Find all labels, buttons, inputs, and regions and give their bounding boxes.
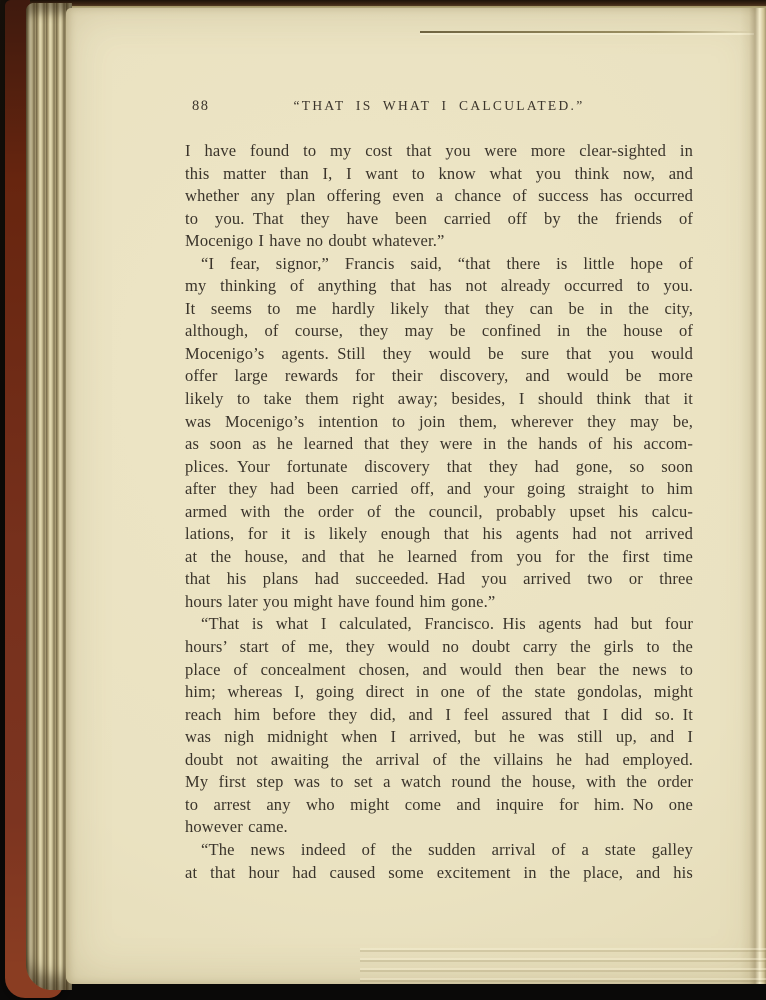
text-line: Mocenigo’s agents. Still they would be s… <box>185 343 693 366</box>
text-line: to arrest any who might come and inquire… <box>185 794 693 817</box>
text-line: whether any plan offering even a chance … <box>185 185 693 208</box>
text-line: hours later you might have found him gon… <box>185 591 693 614</box>
text-line: that his plans had succeeded. Had you ar… <box>185 568 693 591</box>
text-line: “The news indeed of the sudden arrival o… <box>185 839 693 862</box>
text-line: however came. <box>185 816 693 839</box>
text-line: place of concealment chosen, and would t… <box>185 659 693 682</box>
text-line: this matter than I, I want to know what … <box>185 163 693 186</box>
text-line: reach him before they did, and I feel as… <box>185 704 693 727</box>
text-line: My first step was to set a watch round t… <box>185 771 693 794</box>
book-page: 88 “THAT IS WHAT I CALCULATED.” I have f… <box>66 8 766 984</box>
page-right-crease <box>740 8 766 984</box>
scanned-book-photo: 88 “THAT IS WHAT I CALCULATED.” I have f… <box>0 0 766 1000</box>
bottom-page-edge-lines <box>360 948 766 982</box>
text-line: doubt not awaiting the arrival of the vi… <box>185 749 693 772</box>
text-column: 88 “THAT IS WHAT I CALCULATED.” I have f… <box>185 96 693 884</box>
text-line: to you. That they have been carried off … <box>185 208 693 231</box>
text-line: “That is what I calculated, Francisco. H… <box>185 613 693 636</box>
text-line: plices. Your fortunate discovery that th… <box>185 456 693 479</box>
page-number: 88 <box>192 98 210 115</box>
page-body: I have found to my cost that you were mo… <box>185 140 693 884</box>
text-line: offer large rewards for their discovery,… <box>185 365 693 388</box>
top-page-edge-rule <box>420 31 754 33</box>
text-line: I have found to my cost that you were mo… <box>185 140 693 163</box>
text-line: It seems to me hardly likely that they c… <box>185 298 693 321</box>
text-line: as soon as he learned that they were in … <box>185 433 693 456</box>
text-line: although, of course, they may be confine… <box>185 320 693 343</box>
text-line: lations, for it is likely enough that hi… <box>185 523 693 546</box>
text-line: at that hour had caused some excitement … <box>185 862 693 885</box>
running-header-title: “THAT IS WHAT I CALCULATED.” <box>185 96 693 114</box>
text-line: after they had been carried off, and you… <box>185 478 693 501</box>
text-line: Mocenigo I have no doubt whatever.” <box>185 230 693 253</box>
text-line: was Mocenigo’s intention to join them, w… <box>185 411 693 434</box>
text-line: likely to take them right away; besides,… <box>185 388 693 411</box>
text-line: my thinking of anything that has not alr… <box>185 275 693 298</box>
text-line: him; whereas I, going direct in one of t… <box>185 681 693 704</box>
text-line: at the house, and that he learned from y… <box>185 546 693 569</box>
running-header-row: 88 “THAT IS WHAT I CALCULATED.” <box>185 96 693 118</box>
text-line: hours’ start of me, they would no doubt … <box>185 636 693 659</box>
text-line: armed with the order of the council, pro… <box>185 501 693 524</box>
text-line: was nigh midnight when I arrived, but he… <box>185 726 693 749</box>
text-line: “I fear, signor,” Francis said, “that th… <box>185 253 693 276</box>
